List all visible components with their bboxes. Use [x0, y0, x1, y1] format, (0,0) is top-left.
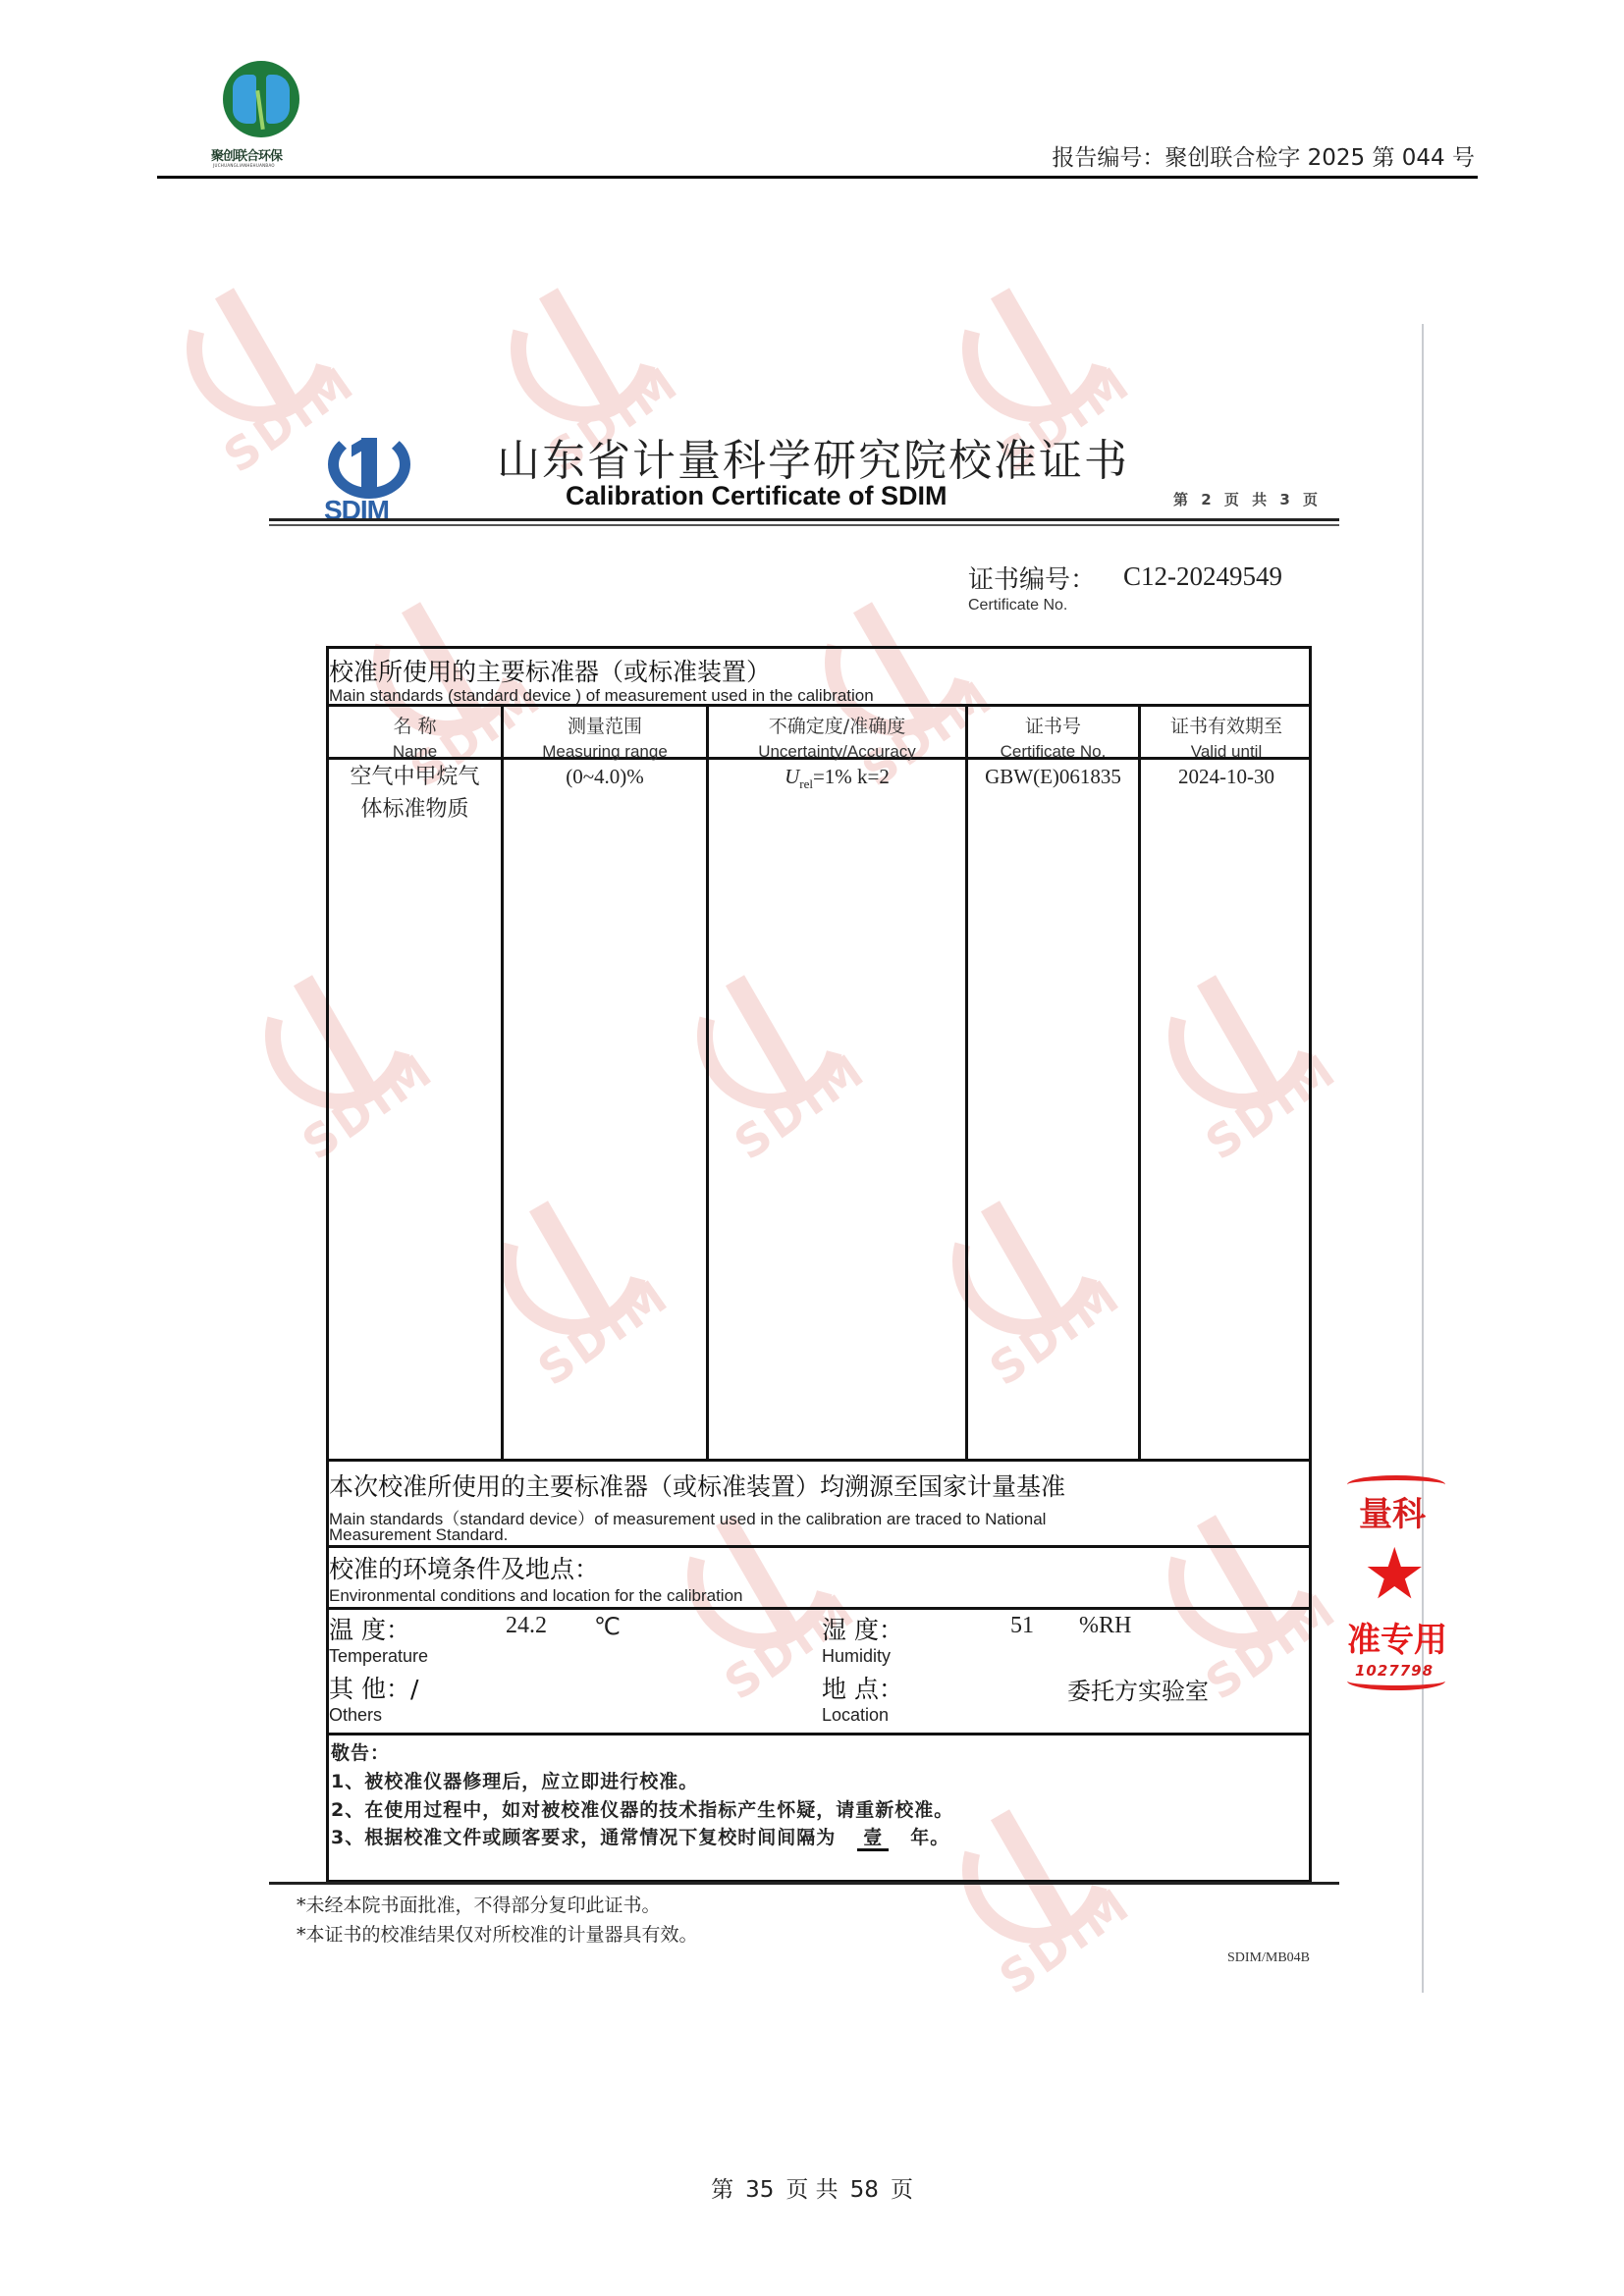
temperature-value: 24.2: [506, 1613, 547, 1639]
table-rule: [329, 1607, 1309, 1610]
temperature-label-en: Temperature: [329, 1646, 428, 1667]
certificate-no-label-en: Certificate No.: [968, 597, 1067, 614]
location-label-en: Location: [822, 1705, 889, 1726]
table-cell-uncertainty: Urel=1% k=2: [709, 765, 965, 792]
company-logo: 聚创联合环保 JUCHUANGLIANHEHUANBAO: [201, 61, 319, 174]
notice-title: 敬告：: [331, 1738, 390, 1765]
location-value: 委托方实验室: [1067, 1672, 1209, 1706]
total-pages: 58: [850, 2177, 879, 2203]
footnote-1: *未经本院书面批准，不得部分复印此证书。: [297, 1891, 661, 1917]
notice-item-2: 2、在使用过程中，如对被校准仪器的技术指标产生怀疑，请重新校准。: [331, 1795, 953, 1822]
table-column-divider: [706, 707, 709, 1461]
standards-title-en: Main standards (standard device ) of mea…: [329, 686, 874, 706]
environment-title-cn: 校准的环境条件及地点：: [329, 1550, 599, 1585]
footnote-2: *本证书的校准结果仅对所校准的计量器具有效。: [297, 1920, 698, 1947]
table-rule: [329, 1545, 1309, 1548]
column-header-certificate-no: 证书号 Certificate No.: [968, 712, 1138, 762]
form-code: SDIM/MB04B: [1227, 1950, 1310, 1966]
table-column-divider: [501, 707, 504, 1461]
watermark-sdim: SDIM: [177, 275, 344, 471]
header-divider: [157, 176, 1478, 179]
environment-title-en: Environmental conditions and location fo…: [329, 1586, 742, 1606]
humidity-label-en: Humidity: [822, 1646, 891, 1667]
company-logo-emblem: [223, 61, 299, 137]
page-number: 第35页 共58页: [0, 2171, 1624, 2204]
certificate-no-label: 证书编号：: [968, 560, 1096, 596]
traceability-title-cn: 本次校准所使用的主要标准器（或标准装置）均溯源至国家计量基准: [329, 1468, 1065, 1503]
table-column-divider: [1138, 707, 1141, 1461]
official-seal: 量科 ★ 准专用 1027798: [1345, 1468, 1453, 1718]
humidity-value: 51: [1010, 1613, 1034, 1639]
table-rule: [329, 704, 1309, 707]
location-label: 地 点：: [822, 1670, 903, 1705]
certificate-header-rule: [269, 524, 1339, 526]
column-header-measuring-range: 测量范围 Measuring range: [504, 712, 706, 762]
standards-title-cn: 校准所使用的主要标准器（或标准装置）: [329, 653, 771, 688]
certificate-bottom-rule: [269, 1882, 1339, 1885]
calibration-certificate: SDIM SDIM SDIM SDIM SDIM SDIM SDIM SDIM …: [265, 324, 1424, 1993]
star-icon: ★: [1363, 1538, 1427, 1609]
sdim-logo-text: SDIM: [324, 495, 389, 526]
standards-frame: 校准所使用的主要标准器（或标准装置） Main standards (stand…: [326, 646, 1312, 1883]
temperature-label: 温 度：: [329, 1611, 410, 1646]
column-header-uncertainty: 不确定度/准确度 Uncertainty/Accuracy: [709, 712, 965, 762]
seal-text-middle: 准专用: [1347, 1613, 1447, 1661]
scan-edge-line: [1422, 324, 1424, 1993]
column-header-name: 名 称 Name: [329, 712, 501, 762]
humidity-label: 湿 度：: [822, 1611, 903, 1646]
table-rule: [329, 1459, 1309, 1462]
temperature-unit: ℃: [594, 1613, 621, 1641]
notice-item-1: 1、被校准仪器修理后，应立即进行校准。: [331, 1767, 698, 1793]
others-label: 其 他：/: [329, 1670, 418, 1705]
table-rule: [329, 1733, 1309, 1735]
certificate-title-cn: 山东省计量科学研究院校准证书: [497, 425, 1129, 488]
seal-text-top: 量科: [1359, 1487, 1426, 1535]
company-logo-subtext: JUCHUANGLIANHEHUANBAO: [213, 163, 275, 168]
certificate-page-indicator: 第 2 页 共 3 页: [1173, 489, 1322, 509]
humidity-unit: %RH: [1079, 1613, 1131, 1639]
table-cell-valid-until: 2024-10-30: [1141, 765, 1312, 789]
others-label-en: Others: [329, 1705, 382, 1726]
certificate-title-en: Calibration Certificate of SDIM: [566, 481, 947, 511]
report-number: 报告编号：聚创联合检字 2025 第 044 号: [1052, 139, 1475, 172]
table-cell-name: 空气中甲烷气 体标准物质: [329, 761, 501, 826]
current-page: 35: [745, 2177, 774, 2203]
table-cell-measuring-range: (0~4.0)%: [504, 765, 706, 789]
sdim-logo: SDIM: [324, 430, 417, 524]
table-cell-certificate-no: GBW(E)061835: [968, 765, 1138, 789]
column-header-valid-until: 证书有效期至 Valid until: [1141, 712, 1312, 762]
certificate-header-rule: [269, 518, 1339, 521]
table-column-divider: [965, 707, 968, 1461]
company-logo-text: 聚创联合环保: [211, 145, 313, 164]
notice-item-3: 3、根据校准文件或顾客要求，通常情况下复校时间间隔为壹年。: [331, 1823, 949, 1849]
traceability-title-en-line2: Measurement Standard.: [329, 1525, 508, 1545]
recalibration-interval-value: 壹: [857, 1827, 889, 1851]
certificate-no-value: C12-20249549: [1123, 561, 1282, 592]
